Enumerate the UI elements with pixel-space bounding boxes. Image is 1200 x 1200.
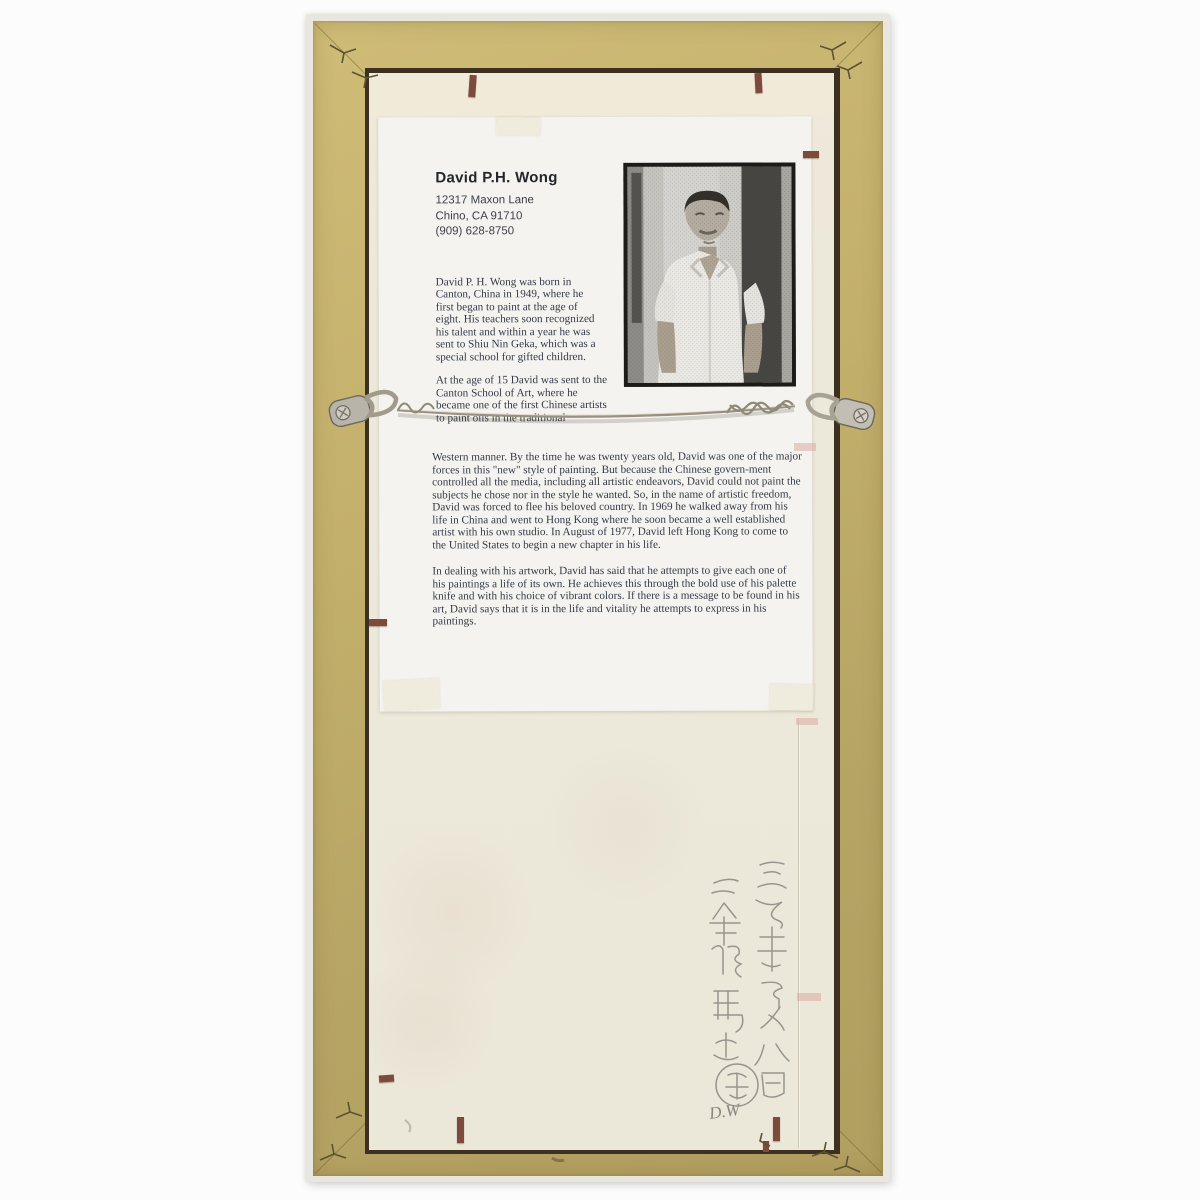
bio-text-lower: Western manner. By the time he was twent… xyxy=(432,450,802,627)
tape-remnant xyxy=(797,993,821,1001)
artist-initials: D.W xyxy=(707,1100,743,1123)
bio-text-column: David P.H. Wong 12317 Maxon Lane Chino, … xyxy=(435,169,618,424)
photograph-of-frame-back: David P.H. Wong 12317 Maxon Lane Chino, … xyxy=(0,0,1200,1200)
brad-nail xyxy=(754,73,762,93)
bio-paragraph-3: In dealing with his artwork, David has s… xyxy=(432,564,802,627)
tape-piece xyxy=(383,678,441,711)
artist-name: David P.H. Wong xyxy=(435,169,617,186)
brad-nail xyxy=(773,1117,780,1141)
backing-board: David P.H. Wong 12317 Maxon Lane Chino, … xyxy=(369,73,834,1150)
phone-number: (909) 628-8750 xyxy=(436,224,618,240)
brad-nail xyxy=(457,1117,464,1143)
portrait-photo xyxy=(623,162,796,386)
tape-remnant xyxy=(794,443,816,451)
artist-bio-sheet: David P.H. Wong 12317 Maxon Lane Chino, … xyxy=(378,116,813,711)
brad-nail xyxy=(803,151,819,158)
bio-paragraph-1: David P. H. Wong was born in Canton, Chi… xyxy=(436,275,604,363)
portrait-photo-image xyxy=(623,162,796,386)
tape-remnant xyxy=(796,718,818,725)
frame-outer-edge: David P.H. Wong 12317 Maxon Lane Chino, … xyxy=(306,14,890,1182)
address-line-1: 12317 Maxon Lane xyxy=(435,193,617,209)
torn-backing-paper-strip xyxy=(369,73,834,119)
bio-paragraph-2-wide: Western manner. By the time he was twent… xyxy=(432,450,802,551)
tape-piece xyxy=(496,117,540,136)
brad-nail xyxy=(379,1074,394,1082)
frame-opening-shadow-gap: David P.H. Wong 12317 Maxon Lane Chino, … xyxy=(365,68,840,1154)
frame-back-moulding: David P.H. Wong 12317 Maxon Lane Chino, … xyxy=(313,21,883,1176)
tape-piece xyxy=(769,684,814,711)
chinese-inscription: D.W xyxy=(690,855,820,1125)
brad-nail xyxy=(369,619,387,626)
address-line-2: Chino, CA 91710 xyxy=(435,208,617,224)
bio-paragraph-2-narrow: At the age of 15 David was sent to the C… xyxy=(436,374,614,424)
brad-nail xyxy=(763,1141,769,1152)
